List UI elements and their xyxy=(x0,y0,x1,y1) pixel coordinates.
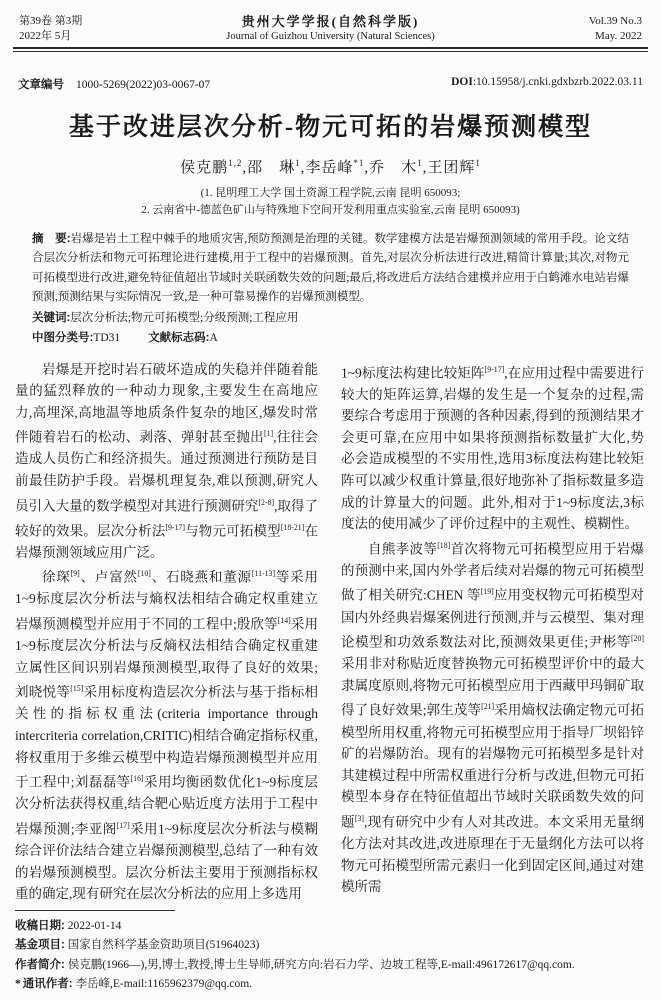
body-columns: 岩爆是开挖时岩石破坏造成的失稳并伴随着能量的猛烈释放的一种动力现象,主要发生在高… xyxy=(13,359,648,904)
article-meta-row: 文章编号1000-5269(2022)03-0067-07 DOI:10.159… xyxy=(13,76,648,92)
volume-info-en: Vol.39 No.3 May. 2022 xyxy=(492,14,642,44)
issue-date-cn: 2022年 5月 xyxy=(19,29,169,44)
affiliation-1: (1. 昆明理工大学 国土资源工程学院,云南 昆明 650093; xyxy=(13,185,648,202)
clc-value: TD31 xyxy=(93,332,120,344)
fund-line: 基金项目: 国家自然科学基金资助项目(51964023) xyxy=(15,936,646,956)
author-bio-line: 作者简介: 侯克鹏(1966—),男,博士,教授,博士生导师,研究方向:岩石力学… xyxy=(15,956,646,976)
corresponding-author-line: *通讯作者: 李岳峰,E-mail:1165962379@qq.com. xyxy=(15,975,646,995)
abstract-label: 摘 要: xyxy=(32,233,71,245)
page-title: 基于改进层次分析-物元可拓的岩爆预测模型 xyxy=(13,107,648,143)
fund-value: 国家自然科学基金资助项目(51964023) xyxy=(68,939,260,951)
keywords-label: 关键词: xyxy=(32,312,70,324)
affiliation-2: 2. 云南省中-德蓝色矿山与特殊地下空间开发利用重点实验室,云南 昆明 6500… xyxy=(13,202,648,219)
doi-value: :10.15958/j.cnki.gdxbzrb.2022.03.11 xyxy=(473,76,643,88)
paragraph: 1~9标度法构建比较矩阵[9-17],在应用过程中需要进行较大的矩阵运算,岩爆的… xyxy=(341,359,644,535)
paragraph: 自熊孝波等[18]首次将物元可拓模型应用于岩爆的预测中来,国内外学者后续对岩爆的… xyxy=(341,535,644,898)
doi-label: DOI xyxy=(451,76,473,88)
abstract-text: 岩爆是岩土工程中棘手的地质灾害,预防预测是治理的关键。数学建模方法是岩爆预测领域… xyxy=(32,233,629,304)
fund-label: 基金项目: xyxy=(15,939,65,951)
doc-code-value: A xyxy=(210,332,218,344)
received-date-value: 2022-01-14 xyxy=(68,920,122,932)
volume-en: Vol.39 No.3 xyxy=(492,14,642,29)
article-number-label: 文章编号 xyxy=(18,79,64,91)
corresponding-author-star: * xyxy=(15,978,21,990)
affiliations: (1. 昆明理工大学 国土资源工程学院,云南 昆明 650093; 2. 云南省… xyxy=(13,185,648,219)
footnote-separator xyxy=(15,910,175,911)
running-head: 第39卷 第3期 2022年 5月 贵州大学学报(自然科学版) Journal … xyxy=(13,12,648,44)
journal-name-en: Journal of Guizhou University (Natural S… xyxy=(169,29,492,44)
clc-line: 中图分类号:TD31文献标志码:A xyxy=(32,328,629,348)
keywords-text: 层次分析法;物元可拓模型;分级预测;工程应用 xyxy=(70,312,298,324)
paragraph: 岩爆是开挖时岩石破坏造成的失稳并伴随着能量的猛烈释放的一种动力现象,主要发生在高… xyxy=(15,359,318,564)
date-en: May. 2022 xyxy=(492,29,642,44)
corresponding-author-label: 通讯作者: xyxy=(23,978,73,990)
doc-code-label: 文献标志码: xyxy=(148,332,209,344)
header-double-rule xyxy=(13,47,648,52)
article-number: 文章编号1000-5269(2022)03-0067-07 xyxy=(18,76,210,92)
doi: DOI:10.15958/j.cnki.gdxbzrb.2022.03.11 xyxy=(451,76,643,92)
keywords-line: 关键词:层次分析法;物元可拓模型;分级预测;工程应用 xyxy=(32,308,629,328)
body-right-column: 1~9标度法构建比较矩阵[9-17],在应用过程中需要进行较大的矩阵运算,岩爆的… xyxy=(341,359,644,904)
journal-name-cn: 贵州大学学报(自然科学版) xyxy=(169,14,492,29)
received-date-line: 收稿日期: 2022-01-14 xyxy=(15,917,646,937)
paragraph: 徐琛[9]、卢富然[10]、石晓燕和董源[11-13]等采用1~9标度层次分析法… xyxy=(15,563,318,903)
author-bio-label: 作者简介: xyxy=(15,959,65,971)
article-number-value: 1000-5269(2022)03-0067-07 xyxy=(76,79,210,91)
issue-info: 第39卷 第3期 2022年 5月 xyxy=(19,14,169,44)
journal-name: 贵州大学学报(自然科学版) Journal of Guizhou Univers… xyxy=(169,14,492,44)
author-bio-value: 侯克鹏(1966—),男,博士,教授,博士生导师,研究方向:岩石力学、边坡工程等… xyxy=(68,959,575,971)
issue-volume-cn: 第39卷 第3期 xyxy=(19,14,169,29)
footnotes: 收稿日期: 2022-01-14 基金项目: 国家自然科学基金资助项目(5196… xyxy=(13,917,648,995)
body-left-column: 岩爆是开挖时岩石破坏造成的失稳并伴随着能量的猛烈释放的一种动力现象,主要发生在高… xyxy=(15,359,318,904)
received-date-label: 收稿日期: xyxy=(15,920,65,932)
journal-page: 第39卷 第3期 2022年 5月 贵州大学学报(自然科学版) Journal … xyxy=(0,0,661,1000)
author-line: 侯克鹏1,2,邵 琳1,李岳峰*1,乔 木1,王团辉1 xyxy=(13,156,648,177)
clc-label: 中图分类号: xyxy=(32,332,93,344)
abstract: 摘 要:岩爆是岩土工程中棘手的地质灾害,预防预测是治理的关键。数学建模方法是岩爆… xyxy=(32,230,629,308)
corresponding-author-value: 李岳峰,E-mail:1165962379@qq.com. xyxy=(75,978,252,990)
